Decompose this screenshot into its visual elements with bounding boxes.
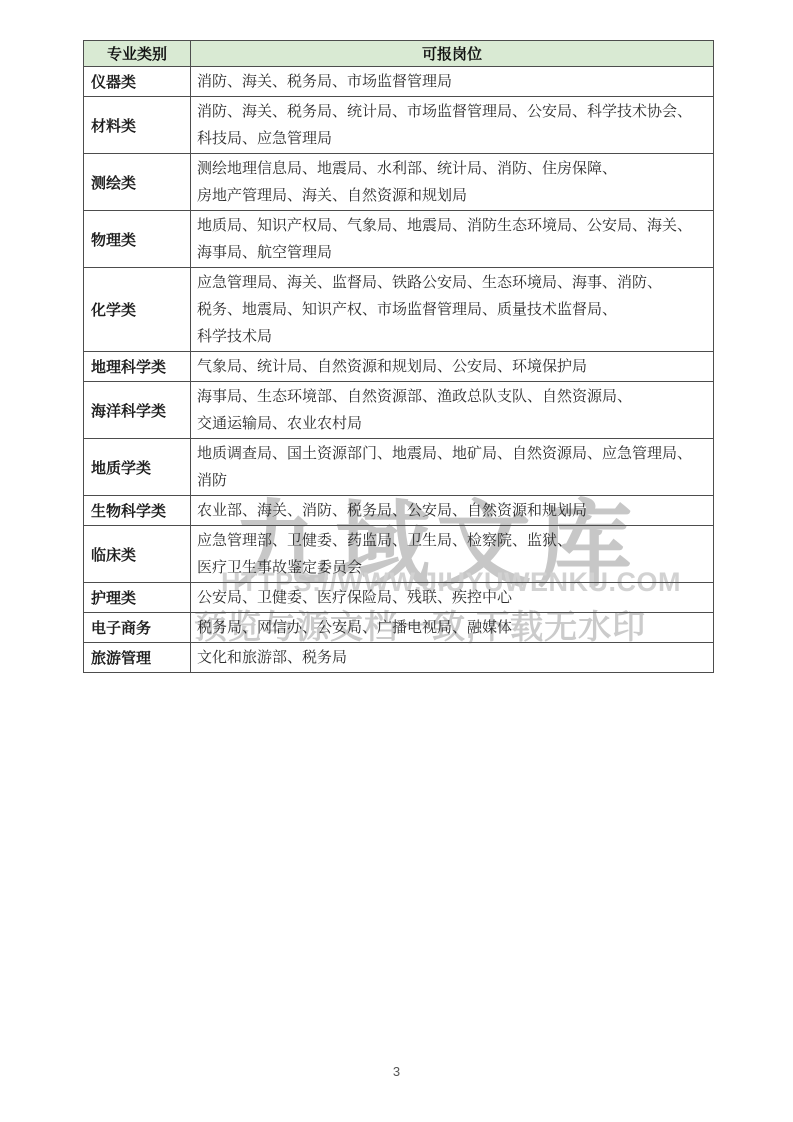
table-row: 旅游管理 文化和旅游部、税务局 [84, 643, 714, 673]
table-row: 地质学类 地质调查局、国土资源部门、地震局、地矿局、自然资源局、应急管理局、 消… [84, 439, 714, 496]
document-page: 九域文库 HTTPS://WWW.JIUYUWENKU.COM 预览与源文档一致… [0, 0, 793, 1122]
category-cell: 地理科学类 [84, 352, 191, 382]
table-row: 护理类 公安局、卫健委、医疗保险局、残联、疾控中心 [84, 583, 714, 613]
table-row: 生物科学类 农业部、海关、消防、税务局、公安局、自然资源和规划局 [84, 496, 714, 526]
positions-cell: 文化和旅游部、税务局 [191, 643, 714, 673]
category-cell: 旅游管理 [84, 643, 191, 673]
table-row: 地理科学类 气象局、统计局、自然资源和规划局、公安局、环境保护局 [84, 352, 714, 382]
category-cell: 物理类 [84, 211, 191, 268]
positions-cell: 公安局、卫健委、医疗保险局、残联、疾控中心 [191, 583, 714, 613]
positions-cell: 应急管理部、卫健委、药监局、卫生局、检察院、监狱、 医疗卫生事故鉴定委员会 [191, 526, 714, 583]
table-row: 测绘类 测绘地理信息局、地震局、水利部、统计局、消防、住房保障、 房地产管理局、… [84, 154, 714, 211]
category-cell: 化学类 [84, 268, 191, 352]
positions-cell: 税务局、网信办、公安局、广播电视局、融媒体 [191, 613, 714, 643]
table-row: 临床类 应急管理部、卫健委、药监局、卫生局、检察院、监狱、 医疗卫生事故鉴定委员… [84, 526, 714, 583]
table-row: 化学类 应急管理局、海关、监督局、铁路公安局、生态环境局、海事、消防、 税务、地… [84, 268, 714, 352]
category-cell: 材料类 [84, 97, 191, 154]
category-cell: 仪器类 [84, 67, 191, 97]
table-row: 仪器类 消防、海关、税务局、市场监督管理局 [84, 67, 714, 97]
category-cell: 生物科学类 [84, 496, 191, 526]
page-number: 3 [0, 1064, 793, 1079]
table-row: 材料类 消防、海关、税务局、统计局、市场监督管理局、公安局、科学技术协会、 科技… [84, 97, 714, 154]
table-row: 海洋科学类 海事局、生态环境部、自然资源部、渔政总队支队、自然资源局、 交通运输… [84, 382, 714, 439]
table-row: 物理类 地质局、知识产权局、气象局、地震局、消防生态环境局、公安局、海关、 海事… [84, 211, 714, 268]
positions-cell: 测绘地理信息局、地震局、水利部、统计局、消防、住房保障、 房地产管理局、海关、自… [191, 154, 714, 211]
header-category: 专业类别 [84, 41, 191, 67]
category-cell: 护理类 [84, 583, 191, 613]
positions-cell: 农业部、海关、消防、税务局、公安局、自然资源和规划局 [191, 496, 714, 526]
category-cell: 海洋科学类 [84, 382, 191, 439]
positions-cell: 应急管理局、海关、监督局、铁路公安局、生态环境局、海事、消防、 税务、地震局、知… [191, 268, 714, 352]
header-positions: 可报岗位 [191, 41, 714, 67]
category-cell: 电子商务 [84, 613, 191, 643]
positions-cell: 海事局、生态环境部、自然资源部、渔政总队支队、自然资源局、 交通运输局、农业农村… [191, 382, 714, 439]
positions-cell: 气象局、统计局、自然资源和规划局、公安局、环境保护局 [191, 352, 714, 382]
category-cell: 地质学类 [84, 439, 191, 496]
category-cell: 临床类 [84, 526, 191, 583]
positions-cell: 地质调查局、国土资源部门、地震局、地矿局、自然资源局、应急管理局、 消防 [191, 439, 714, 496]
positions-cell: 消防、海关、税务局、统计局、市场监督管理局、公安局、科学技术协会、 科技局、应急… [191, 97, 714, 154]
positions-table: 专业类别 可报岗位 仪器类 消防、海关、税务局、市场监督管理局 材料类 消防、海… [83, 40, 714, 673]
category-cell: 测绘类 [84, 154, 191, 211]
positions-cell: 地质局、知识产权局、气象局、地震局、消防生态环境局、公安局、海关、 海事局、航空… [191, 211, 714, 268]
positions-cell: 消防、海关、税务局、市场监督管理局 [191, 67, 714, 97]
table-row: 电子商务 税务局、网信办、公安局、广播电视局、融媒体 [84, 613, 714, 643]
table-header-row: 专业类别 可报岗位 [84, 41, 714, 67]
